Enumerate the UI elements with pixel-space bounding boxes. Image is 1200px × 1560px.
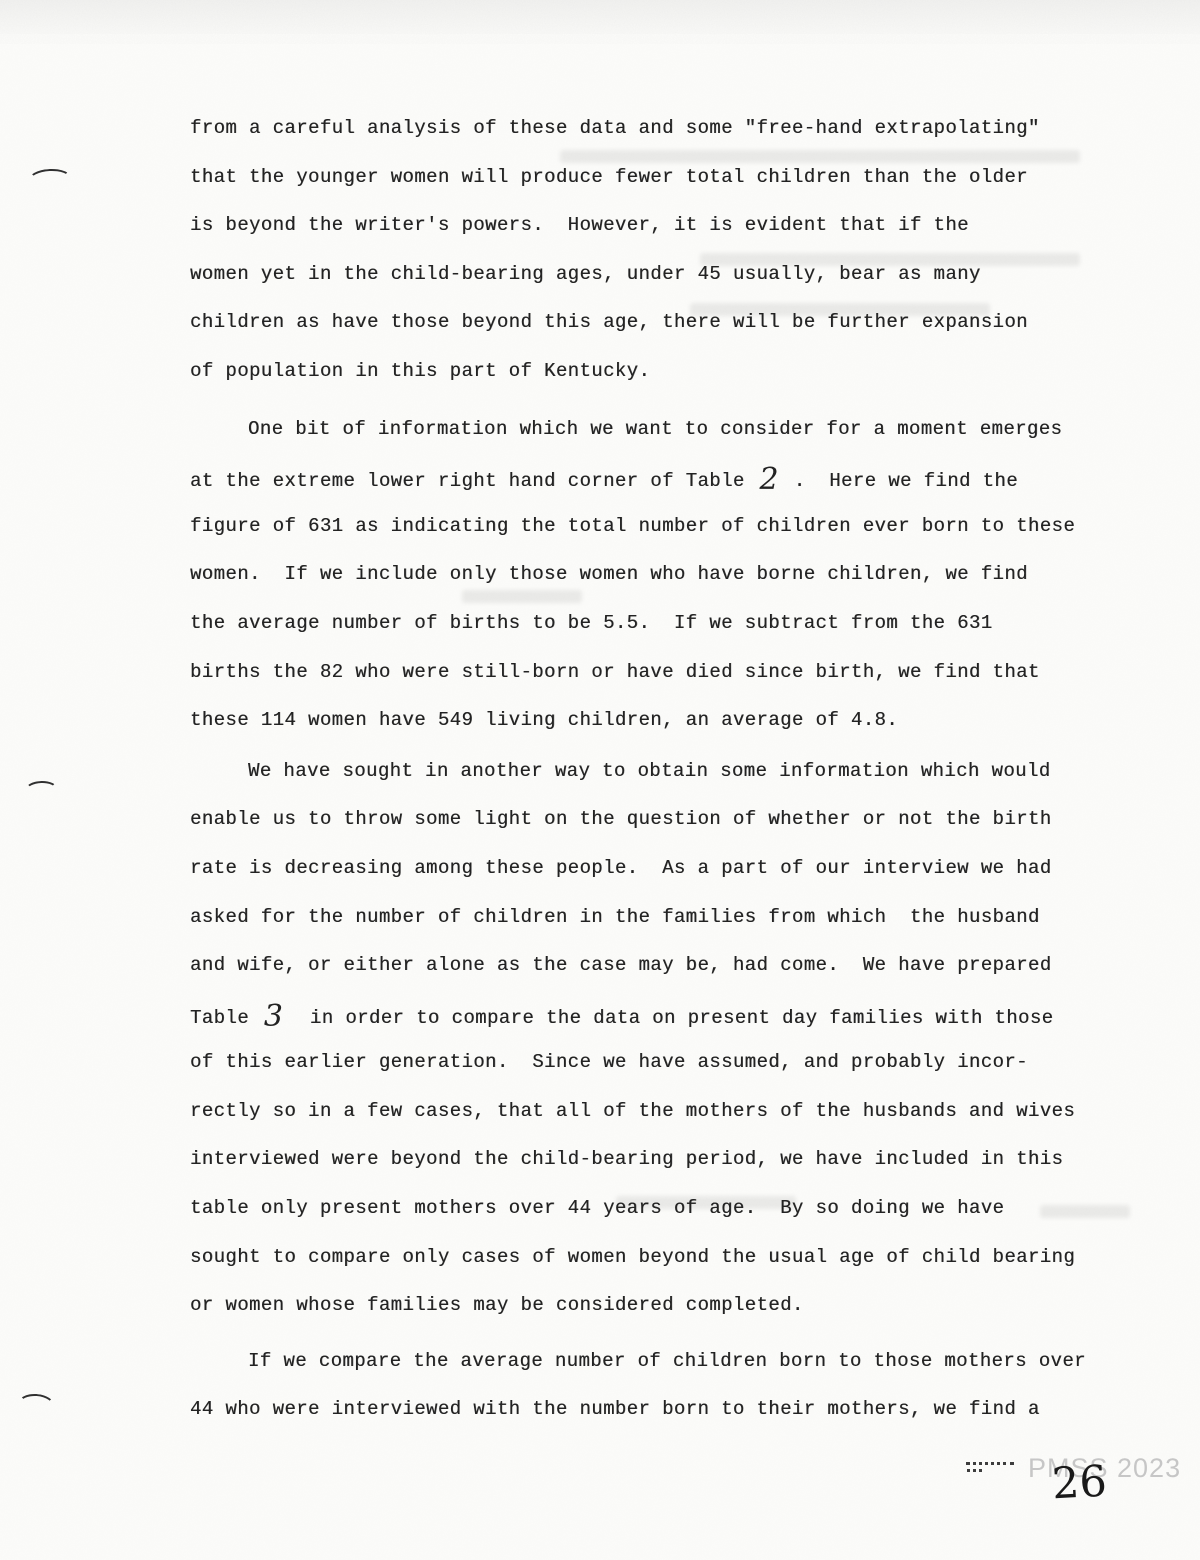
text-line: children as have those beyond this age, … [190, 298, 1120, 347]
handwritten-numeral: 3 [261, 999, 287, 1034]
typed-text: rectly so in a few cases, that all of th… [190, 1100, 1075, 1122]
text-line: these 114 women have 549 living children… [190, 696, 1120, 745]
typed-text: rate is decreasing among these people. A… [190, 857, 1052, 879]
text-line: women yet in the child-bearing ages, und… [190, 250, 1120, 299]
text-line: One bit of information which we want to … [190, 405, 1120, 454]
typed-text: table only present mothers over 44 years… [190, 1197, 1004, 1219]
text-line: of this earlier generation. Since we hav… [190, 1038, 1120, 1087]
text-line: asked for the number of children in the … [190, 893, 1120, 942]
text-line: at the extreme lower right hand corner o… [190, 453, 1120, 502]
typed-text: births the 82 who were still-born or hav… [190, 661, 1040, 683]
typed-text: that the younger women will produce fewe… [190, 166, 1028, 188]
text-line: enable us to throw some light on the que… [190, 795, 1120, 844]
ink-smudge [966, 1462, 1018, 1476]
typed-text: women yet in the child-bearing ages, und… [190, 263, 981, 285]
typed-text: from a careful analysis of these data an… [190, 117, 1040, 139]
typed-text: We have sought in another way to obtain … [248, 760, 1051, 782]
text-line: from a careful analysis of these data an… [190, 104, 1120, 153]
text-line: the average number of births to be 5.5. … [190, 599, 1120, 648]
typed-text: these 114 women have 549 living children… [190, 709, 898, 731]
typed-text: of population in this part of Kentucky. [190, 360, 650, 382]
text-line: We have sought in another way to obtain … [190, 747, 1120, 796]
text-line: interviewed were beyond the child-bearin… [190, 1135, 1120, 1184]
text-line: of population in this part of Kentucky. [190, 347, 1120, 396]
typed-text: One bit of information which we want to … [248, 418, 1062, 440]
text-line: sought to compare only cases of women be… [190, 1233, 1120, 1282]
text-line: Table 3 in order to compare the data on … [190, 990, 1120, 1039]
typed-text: of this earlier generation. Since we hav… [190, 1051, 1028, 1073]
scan-noise-band [0, 0, 1200, 34]
typed-text: figure of 631 as indicating the total nu… [190, 515, 1075, 537]
text-line: that the younger women will produce fewe… [190, 153, 1120, 202]
text-line: births the 82 who were still-born or hav… [190, 648, 1120, 697]
text-line: table only present mothers over 44 years… [190, 1184, 1120, 1233]
paragraph: If we compare the average number of chil… [190, 1337, 1120, 1434]
typed-text: is beyond the writer's powers. However, … [190, 214, 969, 236]
typed-text: Table [190, 1007, 261, 1029]
typed-text: sought to compare only cases of women be… [190, 1246, 1075, 1268]
text-line: or women whose families may be considere… [190, 1281, 1120, 1330]
typed-text: . Here we find the [782, 470, 1018, 492]
paragraph: We have sought in another way to obtain … [190, 747, 1120, 1330]
page-number: 26 [1051, 1457, 1108, 1510]
text-line: rate is decreasing among these people. A… [190, 844, 1120, 893]
typed-text: interviewed were beyond the child-bearin… [190, 1148, 1063, 1170]
text-line: 44 who were interviewed with the number … [190, 1385, 1120, 1434]
typed-text: the average number of births to be 5.5. … [190, 612, 993, 634]
pen-arc-mark [27, 168, 72, 192]
typed-text: asked for the number of children in the … [190, 906, 1040, 928]
text-line: figure of 631 as indicating the total nu… [190, 502, 1120, 551]
text-line: rectly so in a few cases, that all of th… [190, 1087, 1120, 1136]
typed-text: in order to compare the data on present … [286, 1007, 1053, 1029]
scanned-document-page: from a careful analysis of these data an… [0, 0, 1200, 1560]
text-line: If we compare the average number of chil… [190, 1337, 1120, 1386]
typed-text: children as have those beyond this age, … [190, 311, 1028, 333]
typed-text: If we compare the average number of chil… [248, 1350, 1086, 1372]
typewritten-text-block: from a careful analysis of these data an… [190, 104, 1120, 1434]
text-line: women. If we include only those women wh… [190, 550, 1120, 599]
typed-text: or women whose families may be considere… [190, 1294, 804, 1316]
typed-text: at the extreme lower right hand corner o… [190, 470, 757, 492]
typed-text: 44 who were interviewed with the number … [190, 1398, 1040, 1420]
handwritten-numeral: 2 [757, 462, 783, 497]
paragraph: from a careful analysis of these data an… [190, 104, 1120, 396]
paragraph: One bit of information which we want to … [190, 405, 1120, 745]
typed-text: enable us to throw some light on the que… [190, 808, 1052, 830]
text-line: and wife, or either alone as the case ma… [190, 941, 1120, 990]
typed-text: and wife, or either alone as the case ma… [190, 954, 1052, 976]
pen-arc-mark [25, 780, 59, 799]
typed-text: women. If we include only those women wh… [190, 563, 1028, 585]
pen-arc-mark [16, 1393, 56, 1420]
text-line: is beyond the writer's powers. However, … [190, 201, 1120, 250]
